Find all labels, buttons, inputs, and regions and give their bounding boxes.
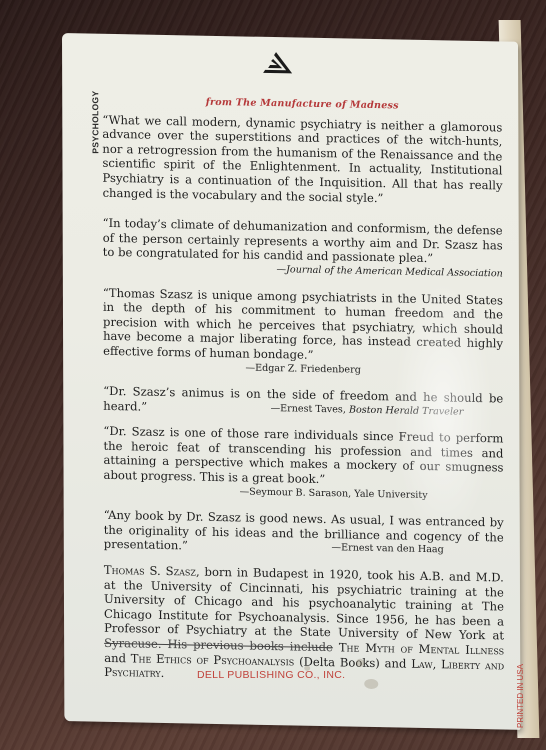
stain-mark: [364, 679, 378, 689]
quote-attribution: —Ernest Taves, Boston Herald Traveler: [271, 402, 464, 420]
bio-text: .: [161, 666, 165, 680]
excerpt-quote: “What we call modern, dynamic psychiatry…: [102, 112, 502, 207]
dell-chevron-logo-icon: [262, 51, 292, 78]
quote-text: “Thomas Szasz is unique among psychiatri…: [103, 285, 503, 366]
review-quote-friedenberg: “Thomas Szasz is unique among psychiatri…: [103, 285, 503, 380]
author-name: Thomas S. Szasz: [104, 563, 196, 579]
review-quote-taves: “Dr. Szasz’s animus is on the side of fr…: [103, 384, 503, 421]
bio-text: (Delta Books) and: [294, 654, 411, 670]
review-quote-van-den-haag: “Any book by Dr. Szasz is good news. As …: [104, 508, 504, 559]
category-label: PSYCHOLOGY: [82, 91, 94, 161]
attribution-publication: Boston Herald Traveler: [349, 404, 463, 417]
printed-in-label: PRINTED IN USA: [516, 668, 528, 728]
category-text: PSYCHOLOGY: [90, 91, 100, 154]
publisher-name: DELL PUBLISHING CO., INC.: [197, 669, 345, 681]
bio-text: and: [104, 650, 131, 665]
attribution-name: —Ernest Taves,: [271, 403, 349, 416]
printed-in-text: PRINTED IN USA: [516, 664, 525, 728]
book-back-cover: PSYCHOLOGY from The Manufacture of Madne…: [62, 33, 520, 730]
review-quote-jama: “In today’s climate of dehumanization an…: [103, 216, 503, 282]
review-quote-sarason: “Dr. Szasz is one of those rare individu…: [103, 424, 503, 505]
quote-text: “Dr. Szasz is one of those rare individu…: [103, 424, 503, 490]
cover-text: from The Manufacture of Madness “What we…: [102, 94, 504, 688]
quote-attribution: —Ernest van den Haag: [332, 542, 444, 559]
source-prefix: from: [206, 97, 236, 109]
quote-text: “In today’s climate of dehumanization an…: [103, 216, 503, 266]
source-title: The Manufacture of Madness: [236, 97, 399, 111]
quote-attribution: —Journal of the American Medical Associa…: [276, 263, 502, 282]
stain-mark: [356, 659, 364, 667]
